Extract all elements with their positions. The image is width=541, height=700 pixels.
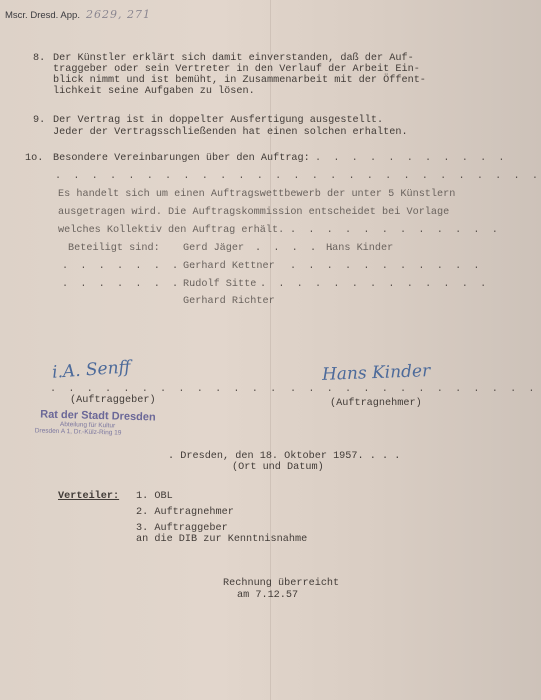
dotted-fill: . . . . . . . . . . . (290, 261, 480, 273)
participant: Gerd Jäger (183, 243, 244, 255)
clause-8-line-4: lichkeit seine Aufgaben zu lösen. (53, 86, 255, 98)
clause-8-line-1: Der Künstler erklärt sich damit einverst… (53, 53, 414, 65)
dotted-fill: . . . . . (255, 243, 334, 255)
signature-line: . . . . . . . . . . . . . (50, 384, 276, 396)
clause-10-line-3: welches Kollektiv den Auftrag erhält. (58, 225, 284, 237)
distribution-item: 3. Auftraggeber (136, 523, 228, 535)
contractor-signature: Hans Kinder (322, 361, 431, 385)
dotted-line: . . . . . . . . . . . . . . . . . . . . … (55, 171, 541, 183)
place-date: . Dresden, den 18. Oktober 1957. . . . (168, 451, 400, 463)
shelfmark-label: Mscr. Dresd. App. (5, 10, 80, 21)
invoice-note-line-1: Rechnung überreicht (223, 578, 339, 590)
distribution-item: 1. OBL (136, 491, 173, 503)
dotted-fill: . . . . . . . . (62, 279, 197, 291)
shelfmark-number: 2629, 271 (86, 8, 151, 21)
document-page: Mscr. Dresd. App.2629, 271 8. Der Künstl… (0, 0, 541, 700)
invoice-note-line-2: am 7.12.57 (237, 590, 298, 602)
participant: Hans Kinder (326, 243, 393, 255)
place-date-value: Dresden, den 18. Oktober 1957 (180, 451, 357, 462)
participants-label: Beteiligt sind: (68, 243, 160, 255)
clause-10-number: 1o. (25, 153, 43, 165)
contractor-label: (Auftragnehmer) (330, 398, 422, 410)
participant: Rudolf Sitte (183, 279, 256, 291)
distribution-label: Verteiler: (58, 491, 119, 503)
clause-8-line-2: traggeber oder sein Vertreter in den Ver… (53, 64, 420, 76)
clause-10-title: Besondere Vereinbarungen über den Auftra… (53, 153, 310, 165)
clause-9-line-1: Der Vertrag ist in doppelter Ausfertigun… (53, 115, 383, 127)
client-signature: i.A. Senff (51, 357, 131, 382)
participant: Gerhard Kettner (183, 261, 275, 273)
clause-9-number: 9. (33, 115, 45, 127)
clause-10-line-2: ausgetragen wird. Die Auftragskommission… (58, 207, 449, 219)
dotted-fill: . . . . . . . . . . . (315, 153, 505, 165)
place-date-label: (Ort und Datum) (232, 462, 324, 474)
signature-line: . . . . . . . . . . . . . . . (290, 384, 541, 396)
clause-9-line-2: Jeder der Vertragsschließenden hat einen… (53, 127, 408, 139)
clause-8-number: 8. (33, 53, 45, 65)
clause-10-line-1: Es handelt sich um einen Auftragswettbew… (58, 189, 455, 201)
clause-8-line-3: blick nimmt und ist bemüht, in Zusammena… (53, 75, 426, 87)
client-label: (Auftraggeber) (70, 395, 156, 407)
distribution-item: 2. Auftragnehmer (136, 507, 234, 519)
participant: Gerhard Richter (183, 296, 275, 308)
dotted-fill: . . . . . . . . (62, 261, 197, 273)
dotted-fill: . . . . . . . . . . . . . (260, 279, 486, 291)
distribution-note: an die DIB zur Kenntnisnahme (136, 534, 307, 546)
shelfmark: Mscr. Dresd. App.2629, 271 (5, 8, 151, 21)
dotted-fill: . . . . . . . . . . . . (290, 225, 498, 237)
official-stamp: Rat der Stadt Dresden Abteilung für Kult… (40, 408, 156, 437)
